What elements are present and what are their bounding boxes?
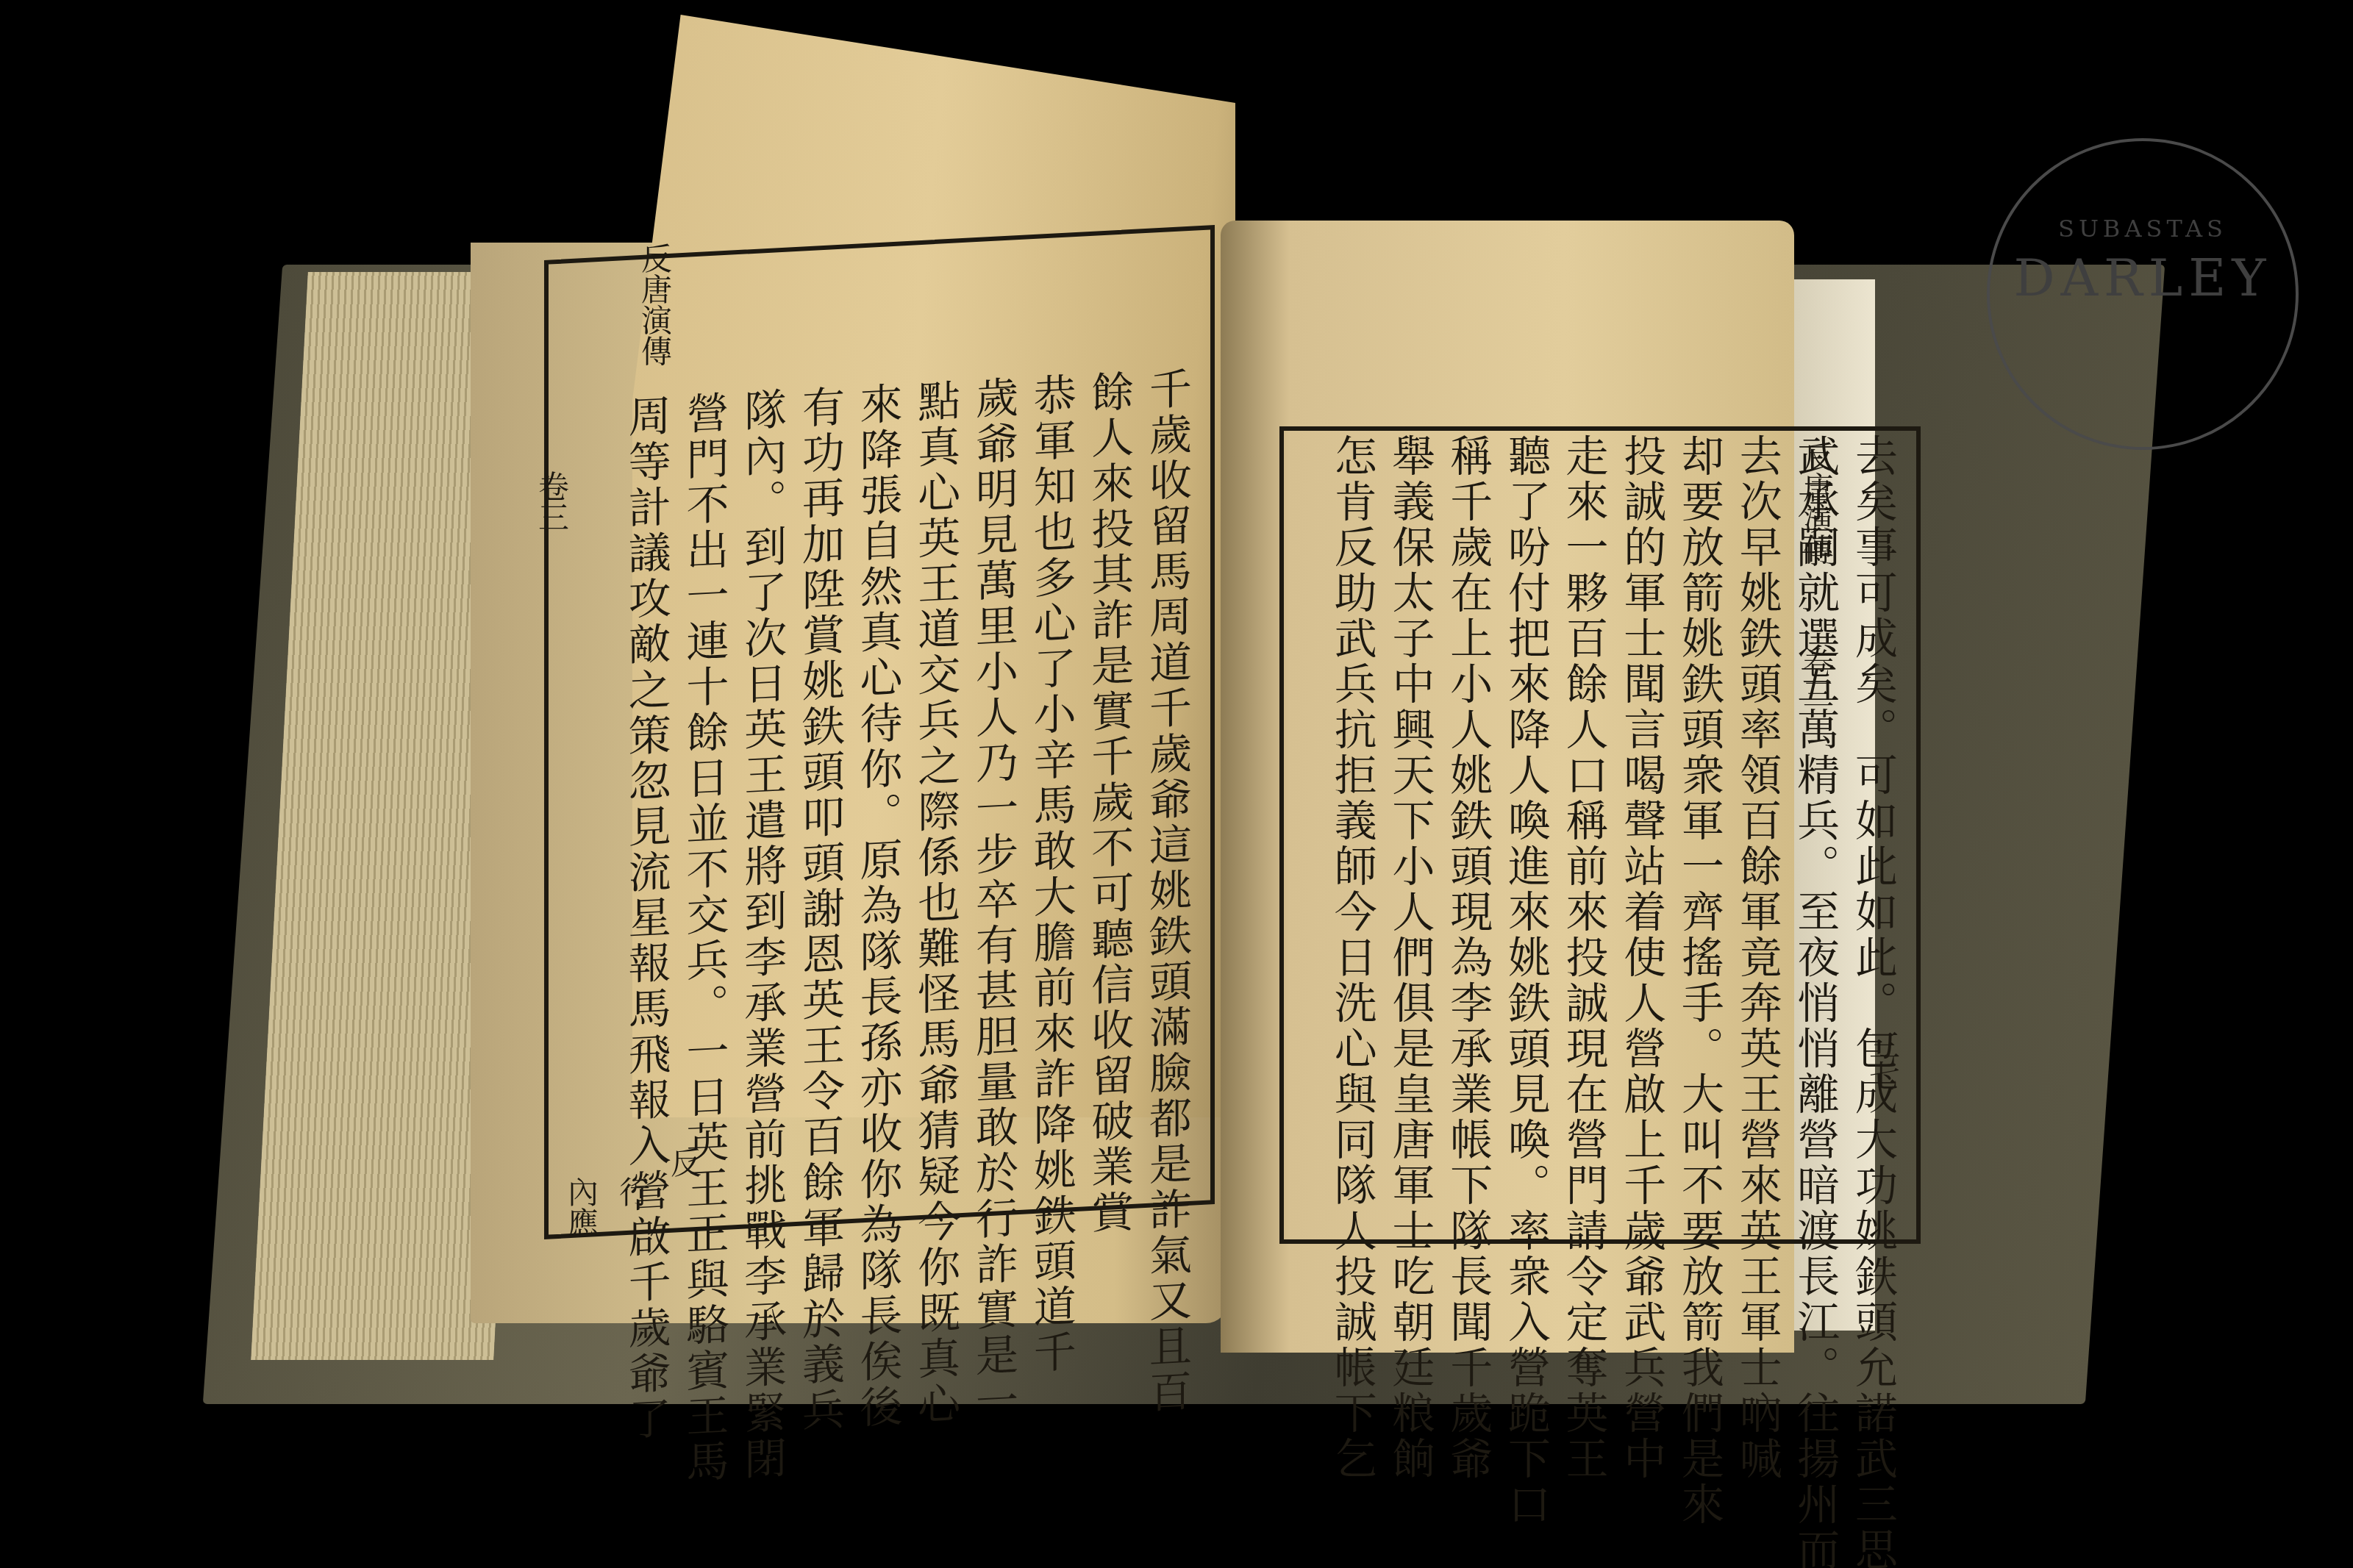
text-column: 却要放箭姚鉄頭衆軍一齊搖手。大叫不要放箭我們是來 (1674, 434, 1724, 1213)
text-column: 稱千歲在上小人姚鉄頭現為李承業帳下隊長聞千歲爺 (1443, 434, 1493, 1213)
left-margin-title: 反唐演傳 (632, 243, 676, 366)
watermark-title: DARLEY (1990, 248, 2296, 308)
text-column: 隊內。到了次日英王遣將到李承業營前挑戰李承業緊閉 (738, 387, 787, 1220)
under-page-fragment: 內應 (559, 1176, 603, 1238)
right-volume-marker: 卷三 (1794, 647, 1838, 709)
under-page-fragment: 行 (610, 1176, 654, 1207)
watermark-subtitle: SUBASTAS (1990, 215, 2296, 243)
text-column: 舉義保太子中興天下小人們俱是皇唐軍士吃朝廷粮餉 (1385, 434, 1435, 1213)
text-column: 點真心英王道交兵之際係也難怪馬爺猜疑今你既真心 (911, 378, 960, 1211)
text-column: 營門不出一連十餘日並不交兵。一日英王正與駱賓王馬 (679, 390, 729, 1222)
left-page-text: 千歲收留馬周道千歲爺這姚鉄頭滿臉都是詐氣又且百 餘人來投其詐是實千歲不可聽信收留… (559, 365, 1191, 1229)
right-margin-title: 反唐演傳 (1794, 441, 1838, 565)
text-column: 歲爺明見萬里小人乃一步卒有甚胆量敢於行詐實是一 (968, 375, 1018, 1208)
text-column: 周等計議攻敵之策忽見流星報馬飛報入營啟千歲爺了 (621, 393, 671, 1226)
watermark-logo: SUBASTAS DARLEY (1987, 138, 2299, 450)
under-page-fragment: 反 (662, 1147, 706, 1178)
text-column: 怎肯反助武兵抗拒義師今日洗心與同隊人投誠帳下乞 (1327, 434, 1377, 1213)
text-column: 千歲收留馬周道千歲爺這姚鉄頭滿臉都是詐氣又且百 (1142, 365, 1191, 1198)
left-volume-marker: 卷三 (529, 470, 574, 532)
text-column: 有功再加陞賞姚鉄頭叩頭謝恩英王令百餘軍歸於義兵 (795, 384, 844, 1217)
text-column: 去矣事可成矣。可如此如此。包成大功姚鉄頭允諾武三思 (1848, 434, 1897, 1213)
text-column: 走來一夥百餘人口稱前來投誠現在營門請令定奪英王 (1559, 434, 1608, 1213)
text-column: 聽了吩付把來降人喚進來姚鉄頭見喚。率衆入營跪下口 (1501, 434, 1550, 1213)
text-column: 餘人來投其詐是實千歲不可聽信收留破業賞 (1085, 369, 1134, 1202)
text-column: 來降張自然真心待你。原為隊長孫亦收你為隊長俟後 (853, 381, 902, 1214)
book-photo: 去矣事可成矣。可如此如此。包成大功姚鉄頭允諾武三思 武承嗣就選五萬精兵。至夜悄悄… (0, 0, 2353, 1568)
text-column: 恭軍知也多心了小辛馬敢大膽前來詐降姚鉄頭道千 (1026, 372, 1076, 1205)
page-number: 三七 (1860, 1029, 1904, 1091)
text-column: 投誠的軍士聞言喝聲站着使人營啟上千歲爺武兵營中 (1617, 434, 1666, 1213)
text-column: 去次早姚鉄頭率領百餘軍竟奔英王營來英王軍士吶喊 (1732, 434, 1782, 1213)
